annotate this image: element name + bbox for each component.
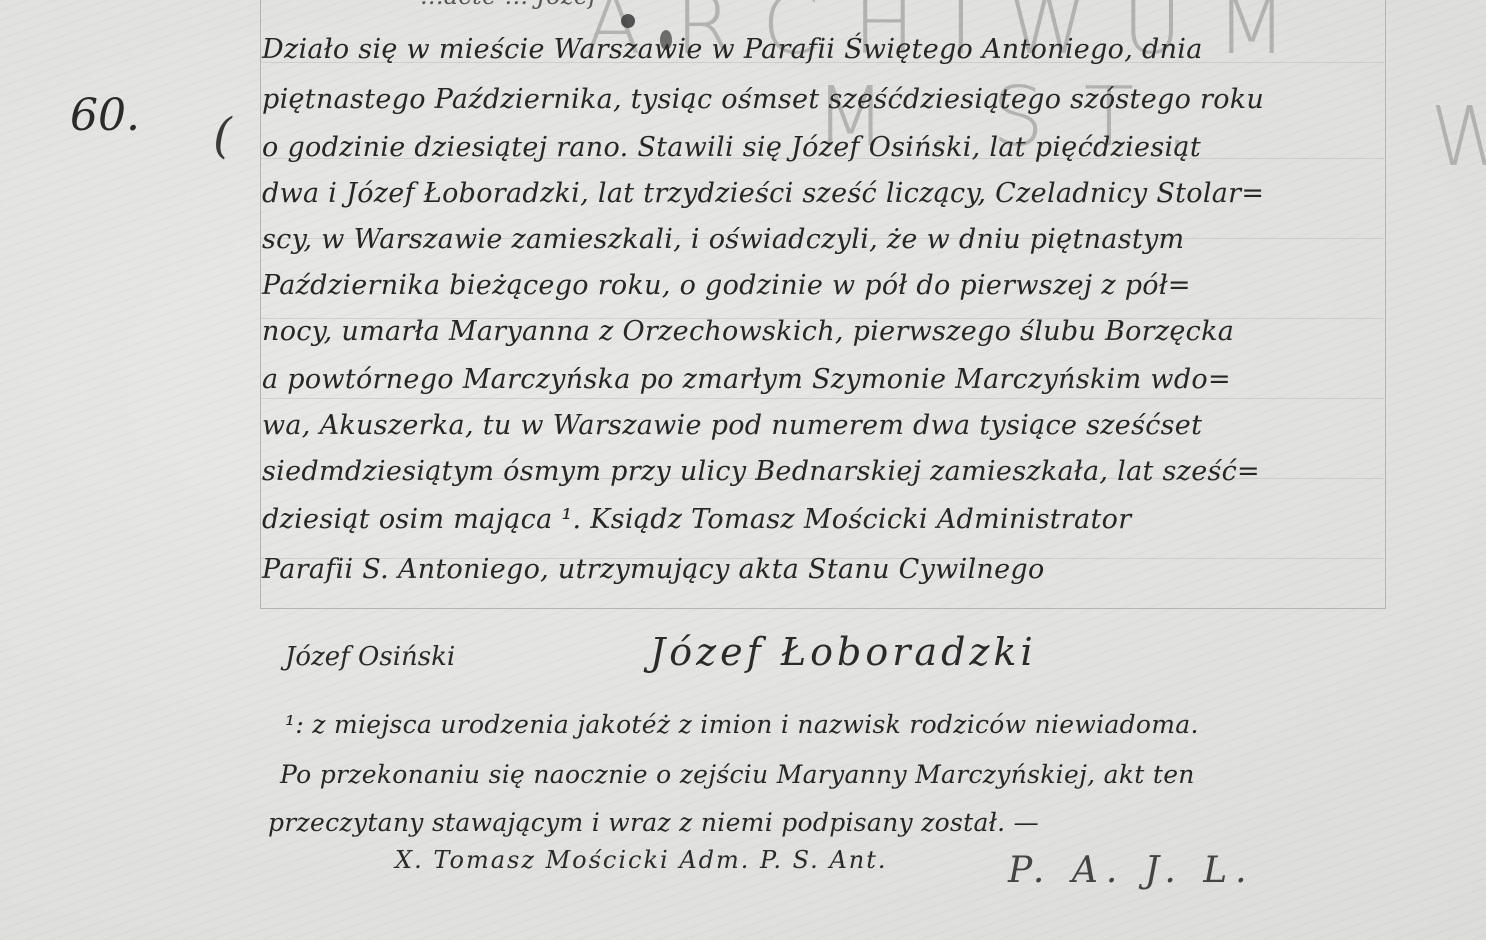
margin-bracket: (: [213, 108, 232, 164]
record-line-6: Października bieżącego roku, o godzinie …: [262, 270, 1191, 301]
header-fragment: ...acte ... Józef: [420, 0, 598, 10]
record-line-3: o godzinie dziesiątej rano. Stawili się …: [262, 132, 1201, 163]
record-line-10: siedmdziesiątym ósmym przy ulicy Bednars…: [262, 456, 1260, 487]
initials-signature: P. A. J. L.: [1008, 850, 1255, 891]
record-line-7: nocy, umarła Maryanna z Orzechowskich, p…: [262, 316, 1234, 347]
record-line-1: Działo się w mieście Warszawie w Parafii…: [262, 34, 1203, 65]
archive-watermark-edge: W: [1430, 90, 1486, 185]
annotation-line-3: przeczytany stawającym i wraz z niemi po…: [268, 808, 1039, 837]
record-line-12: Parafii S. Antoniego, utrzymujący akta S…: [262, 554, 1045, 585]
ruled-line: [260, 398, 1384, 399]
record-line-5: scy, w Warszawie zamieszkali, i oświadcz…: [262, 224, 1184, 255]
priest-signature: X. Tomasz Mościcki Adm. P. S. Ant.: [395, 846, 888, 874]
ink-blot: [621, 14, 635, 28]
record-line-4: dwa i Józef Łoboradzki, lat trzydzieści …: [262, 178, 1264, 209]
annotation-line-2: Po przekonaniu się naocznie o zejściu Ma…: [280, 760, 1195, 789]
record-line-8: a powtórnego Marczyńska po zmarłym Szymo…: [262, 364, 1231, 395]
witness-signature-1: Józef Osiński: [285, 642, 455, 672]
record-line-2: piętnastego Października, tysiąc ośmset …: [262, 84, 1264, 115]
record-line-11: dziesiąt osim mająca ¹. Ksiądz Tomasz Mo…: [262, 504, 1131, 535]
entry-number: 60.: [70, 90, 140, 141]
witness-signature-2: Józef Łoboradzki: [650, 630, 1037, 674]
annotation-line-1: ¹: z miejsca urodzenia jakotéż z imion i…: [285, 710, 1199, 739]
record-line-9: wa, Akuszerka, tu w Warszawie pod numere…: [262, 410, 1202, 441]
